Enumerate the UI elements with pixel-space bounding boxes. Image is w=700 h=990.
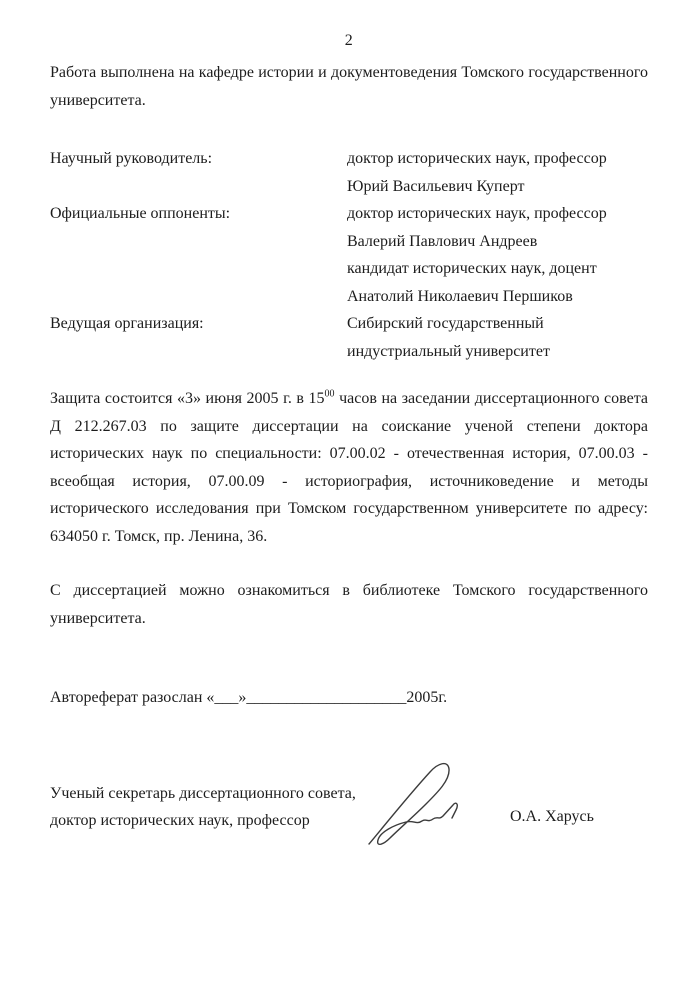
credential-value: кандидат исторических наук, доцент — [347, 255, 648, 283]
credential-label — [50, 173, 347, 201]
defense-paragraph: Защита состоится «3» июня 2005 г. в 1500… — [50, 385, 648, 550]
credential-label — [50, 283, 347, 311]
defense-text-part1: Защита состоится «3» июня 2005 г. в 15 — [50, 390, 325, 407]
credential-row: Валерий Павлович Андреев — [50, 228, 648, 256]
credential-row: Научный руководитель: доктор исторически… — [50, 145, 648, 173]
credential-value: Валерий Павлович Андреев — [347, 228, 648, 256]
abstract-mailed-line: Автореферат разослан «___»______________… — [50, 684, 648, 712]
credential-row: Ведущая организация: Сибирский государст… — [50, 310, 648, 338]
credential-label: Научный руководитель: — [50, 145, 347, 173]
document-page: 2 Работа выполнена на кафедре истории и … — [0, 0, 700, 990]
credential-label: Ведущая организация: — [50, 310, 347, 338]
credential-label — [50, 338, 347, 366]
secretary-title-line2: доктор исторических наук, профессор — [50, 807, 356, 834]
credential-value: Сибирский государственный — [347, 310, 648, 338]
credential-value: Юрий Васильевич Куперт — [347, 173, 648, 201]
signature-block: Ученый секретарь диссертационного совета… — [50, 758, 648, 868]
credentials-table: Научный руководитель: доктор исторически… — [50, 145, 648, 365]
page-number: 2 — [50, 32, 648, 50]
secretary-title: Ученый секретарь диссертационного совета… — [50, 780, 356, 834]
credential-row: Юрий Васильевич Куперт — [50, 173, 648, 201]
credential-row: Официальные оппоненты: доктор историческ… — [50, 200, 648, 228]
credential-value: доктор исторических наук, профессор — [347, 145, 648, 173]
credential-value: индустриальный университет — [347, 338, 648, 366]
credential-row: Анатолий Николаевич Першиков — [50, 283, 648, 311]
intro-paragraph: Работа выполнена на кафедре истории и до… — [50, 59, 648, 115]
credential-label: Официальные оппоненты: — [50, 200, 347, 228]
credential-value: доктор исторических наук, профессор — [347, 200, 648, 228]
credential-label — [50, 228, 347, 256]
secretary-name: О.А. Харусь — [510, 808, 594, 826]
secretary-title-line1: Ученый секретарь диссертационного совета… — [50, 780, 356, 807]
credential-row: кандидат исторических наук, доцент — [50, 255, 648, 283]
credential-row: индустриальный университет — [50, 338, 648, 366]
defense-text-part2: часов на заседании диссертационного сове… — [50, 390, 648, 545]
credential-value: Анатолий Николаевич Першиков — [347, 283, 648, 311]
credential-label — [50, 255, 347, 283]
handwritten-signature — [364, 758, 470, 852]
defense-superscript: 00 — [325, 389, 335, 400]
library-paragraph: С диссертацией можно ознакомиться в библ… — [50, 577, 648, 633]
